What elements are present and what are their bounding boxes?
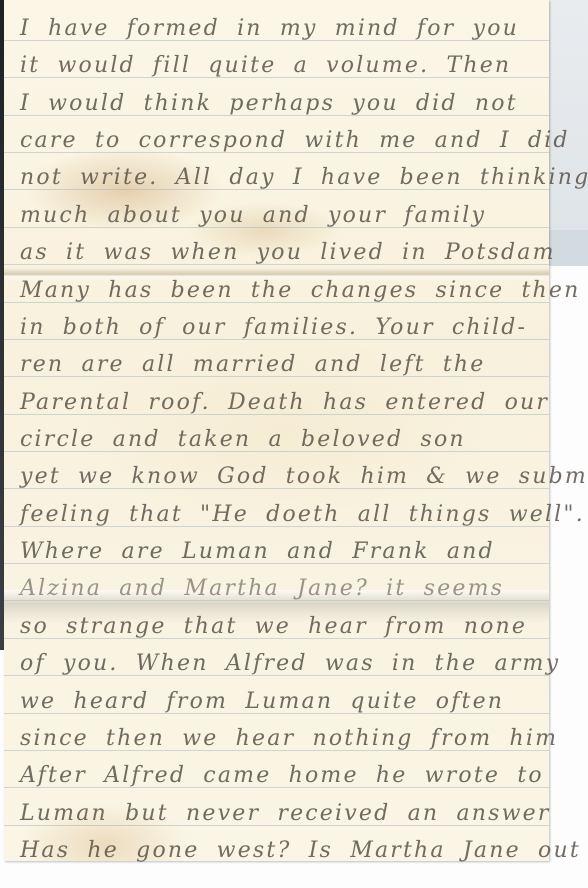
letter-line: we heard from Luman quite often [20, 689, 545, 715]
letter-line: Alzina and Martha Jane? it seems [20, 576, 545, 602]
letter-line: as it was when you lived in Potsdam [20, 240, 545, 266]
letter-line: in both of our families. Your child- [20, 315, 545, 341]
letter-line: Many has been the changes since then [20, 278, 545, 304]
letter-line: Parental roof. Death has entered our [20, 390, 545, 416]
letter-line: Where are Luman and Frank and [20, 539, 545, 565]
letter-line: so strange that we hear from none [20, 614, 545, 640]
letter-line: not write. All day I have been thinking [20, 165, 545, 191]
letter-line: it would fill quite a volume. Then [20, 53, 545, 79]
scanned-letter-page: I have formed in my mind for you it woul… [0, 0, 588, 888]
letter-line: ren are all married and left the [20, 352, 545, 378]
letter-line: yet we know God took him & we submit [20, 464, 545, 490]
letter-line: I would think perhaps you did not [20, 91, 545, 117]
letter-line: since then we hear nothing from him [20, 726, 545, 752]
letter-line: Luman but never received an answer [20, 801, 545, 827]
letter-line: I have formed in my mind for you [20, 16, 545, 42]
letter-line: After Alfred came home he wrote to [20, 763, 545, 789]
letter-line: much about you and your family [20, 203, 545, 229]
letter-line: Has he gone west? Is Martha Jane out [20, 838, 545, 864]
letter-line: care to correspond with me and I did [20, 128, 545, 154]
letter-line: circle and taken a beloved son [20, 427, 545, 453]
letter-line: of you. When Alfred was in the army [20, 651, 545, 677]
letter-line: feeling that "He doeth all things well". [20, 502, 545, 528]
